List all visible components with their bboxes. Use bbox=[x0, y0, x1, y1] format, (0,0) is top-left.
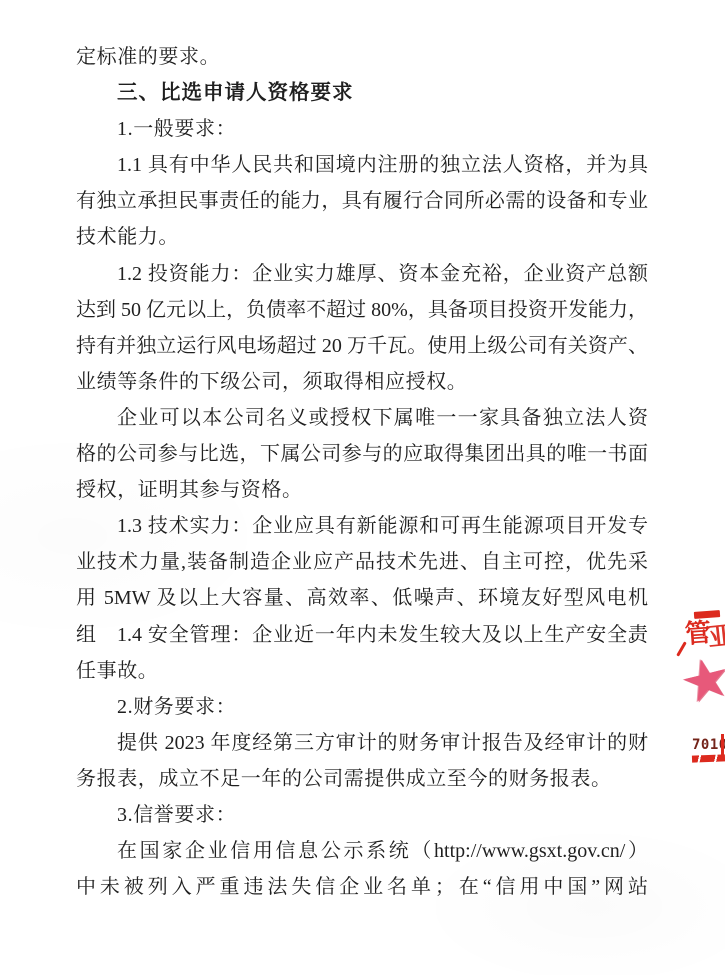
document-text: 定标准的要求。三、比选申请人资格要求1.一般要求：1.1 具有中华人民共和国境内… bbox=[76, 39, 648, 905]
text-line: 1.1 具有中华人民共和国境内注册的独立法人资格，并为具 bbox=[76, 147, 648, 183]
text-line: 任事故。 bbox=[76, 653, 648, 689]
text-line: 业绩等条件的下级公司，须取得相应授权。 bbox=[76, 364, 648, 400]
text-line: 1.2 投资能力：企业实力雄厚、资本金充裕，企业资产总额 bbox=[76, 256, 648, 292]
text-line: 1.4 安全管理：企业近一年内未发生较大及以上生产安全责 bbox=[76, 617, 648, 653]
text-line: 在国家企业信用信息公示系统（http://www.gsxt.gov.cn/） bbox=[76, 833, 648, 869]
text-line: 持有并独立运行风电场超过 20 万千瓦。使用上级公司有关资产、 bbox=[76, 328, 648, 364]
section-heading: 三、比选申请人资格要求 bbox=[76, 75, 648, 111]
text-line: 1.3 技术实力：企业应具有新能源和可再生能源项目开发专 bbox=[76, 508, 648, 544]
text-line: 用 5MW 及以上大容量、高效率、低噪声、环境友好型风电机组。 bbox=[76, 580, 648, 616]
scanned-document-page: 定标准的要求。三、比选申请人资格要求1.一般要求：1.1 具有中华人民共和国境内… bbox=[0, 0, 725, 975]
text-line: 业技术力量,装备制造企业应产品技术先进、自主可控，优先采 bbox=[76, 544, 648, 580]
text-line: 提供 2023 年度经第三方审计的财务审计报告及经审计的财 bbox=[76, 725, 648, 761]
text-line: 格的公司参与比选，下属公司参与的应取得集团出具的唯一书面 bbox=[76, 436, 648, 472]
text-line: 达到 50 亿元以上，负债率不超过 80%，具备项目投资开发能力， bbox=[76, 292, 648, 328]
text-line: 授权，证明其参与资格。 bbox=[76, 472, 648, 508]
text-line: 定标准的要求。 bbox=[76, 39, 648, 75]
text-line: 务报表，成立不足一年的公司需提供成立至今的财务报表。 bbox=[76, 761, 648, 797]
text-line: 技术能力。 bbox=[76, 219, 648, 255]
text-line: 企业可以本公司名义或授权下属唯一一家具备独立法人资 bbox=[76, 400, 648, 436]
text-line: 1.一般要求： bbox=[76, 111, 648, 147]
seal-star-icon: ★ bbox=[675, 648, 725, 714]
text-line: 3.信誉要求： bbox=[76, 797, 648, 833]
text-line: 2.财务要求： bbox=[76, 689, 648, 725]
seal-bottom-bar-icon bbox=[692, 754, 725, 762]
text-line: 有独立承担民事责任的能力，具有履行合同所必需的设备和专业 bbox=[76, 183, 648, 219]
text-line: 中未被列入严重违法失信企业名单；在“信用中国”网站 bbox=[76, 869, 648, 905]
